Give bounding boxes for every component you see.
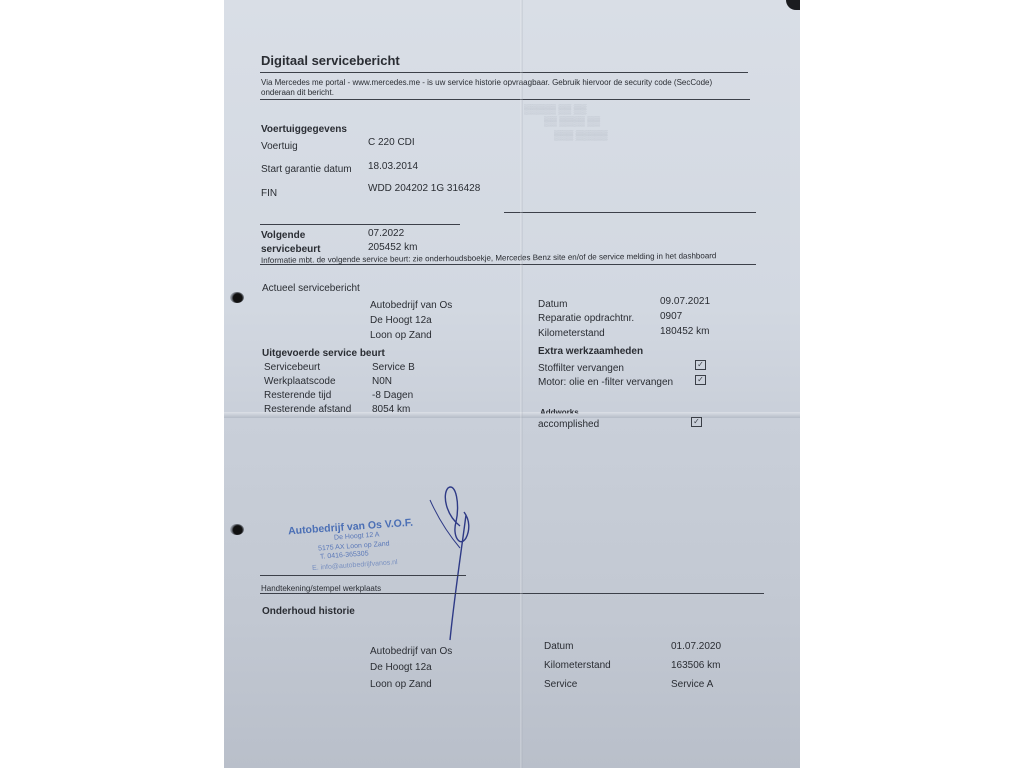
signature-caption: Handtekening/stempel werkplaats [261,584,381,593]
history-heading: Onderhoud historie [262,606,355,617]
history-value: Service A [671,679,713,690]
history-label: Datum [544,641,573,652]
history-label: Kilometerstand [544,660,611,671]
history-value: 163506 km [671,660,720,671]
divider [260,575,466,576]
history-value: 01.07.2020 [671,641,721,652]
history-workshop-city: Loon op Zand [370,679,432,690]
service-report-paper: ▒▒▒▒▒ ▒▒ ▒▒ ▒▒ ▒▒▒▒ ▒▒ ▒▒▒ ▒▒▒▒▒ Digitaa… [224,0,800,768]
history-workshop-street: De Hoogt 12a [370,662,432,673]
divider [260,593,764,594]
signature-scribble [224,0,800,768]
history-label: Service [544,679,577,690]
history-workshop-name: Autobedrijf van Os [370,646,452,657]
